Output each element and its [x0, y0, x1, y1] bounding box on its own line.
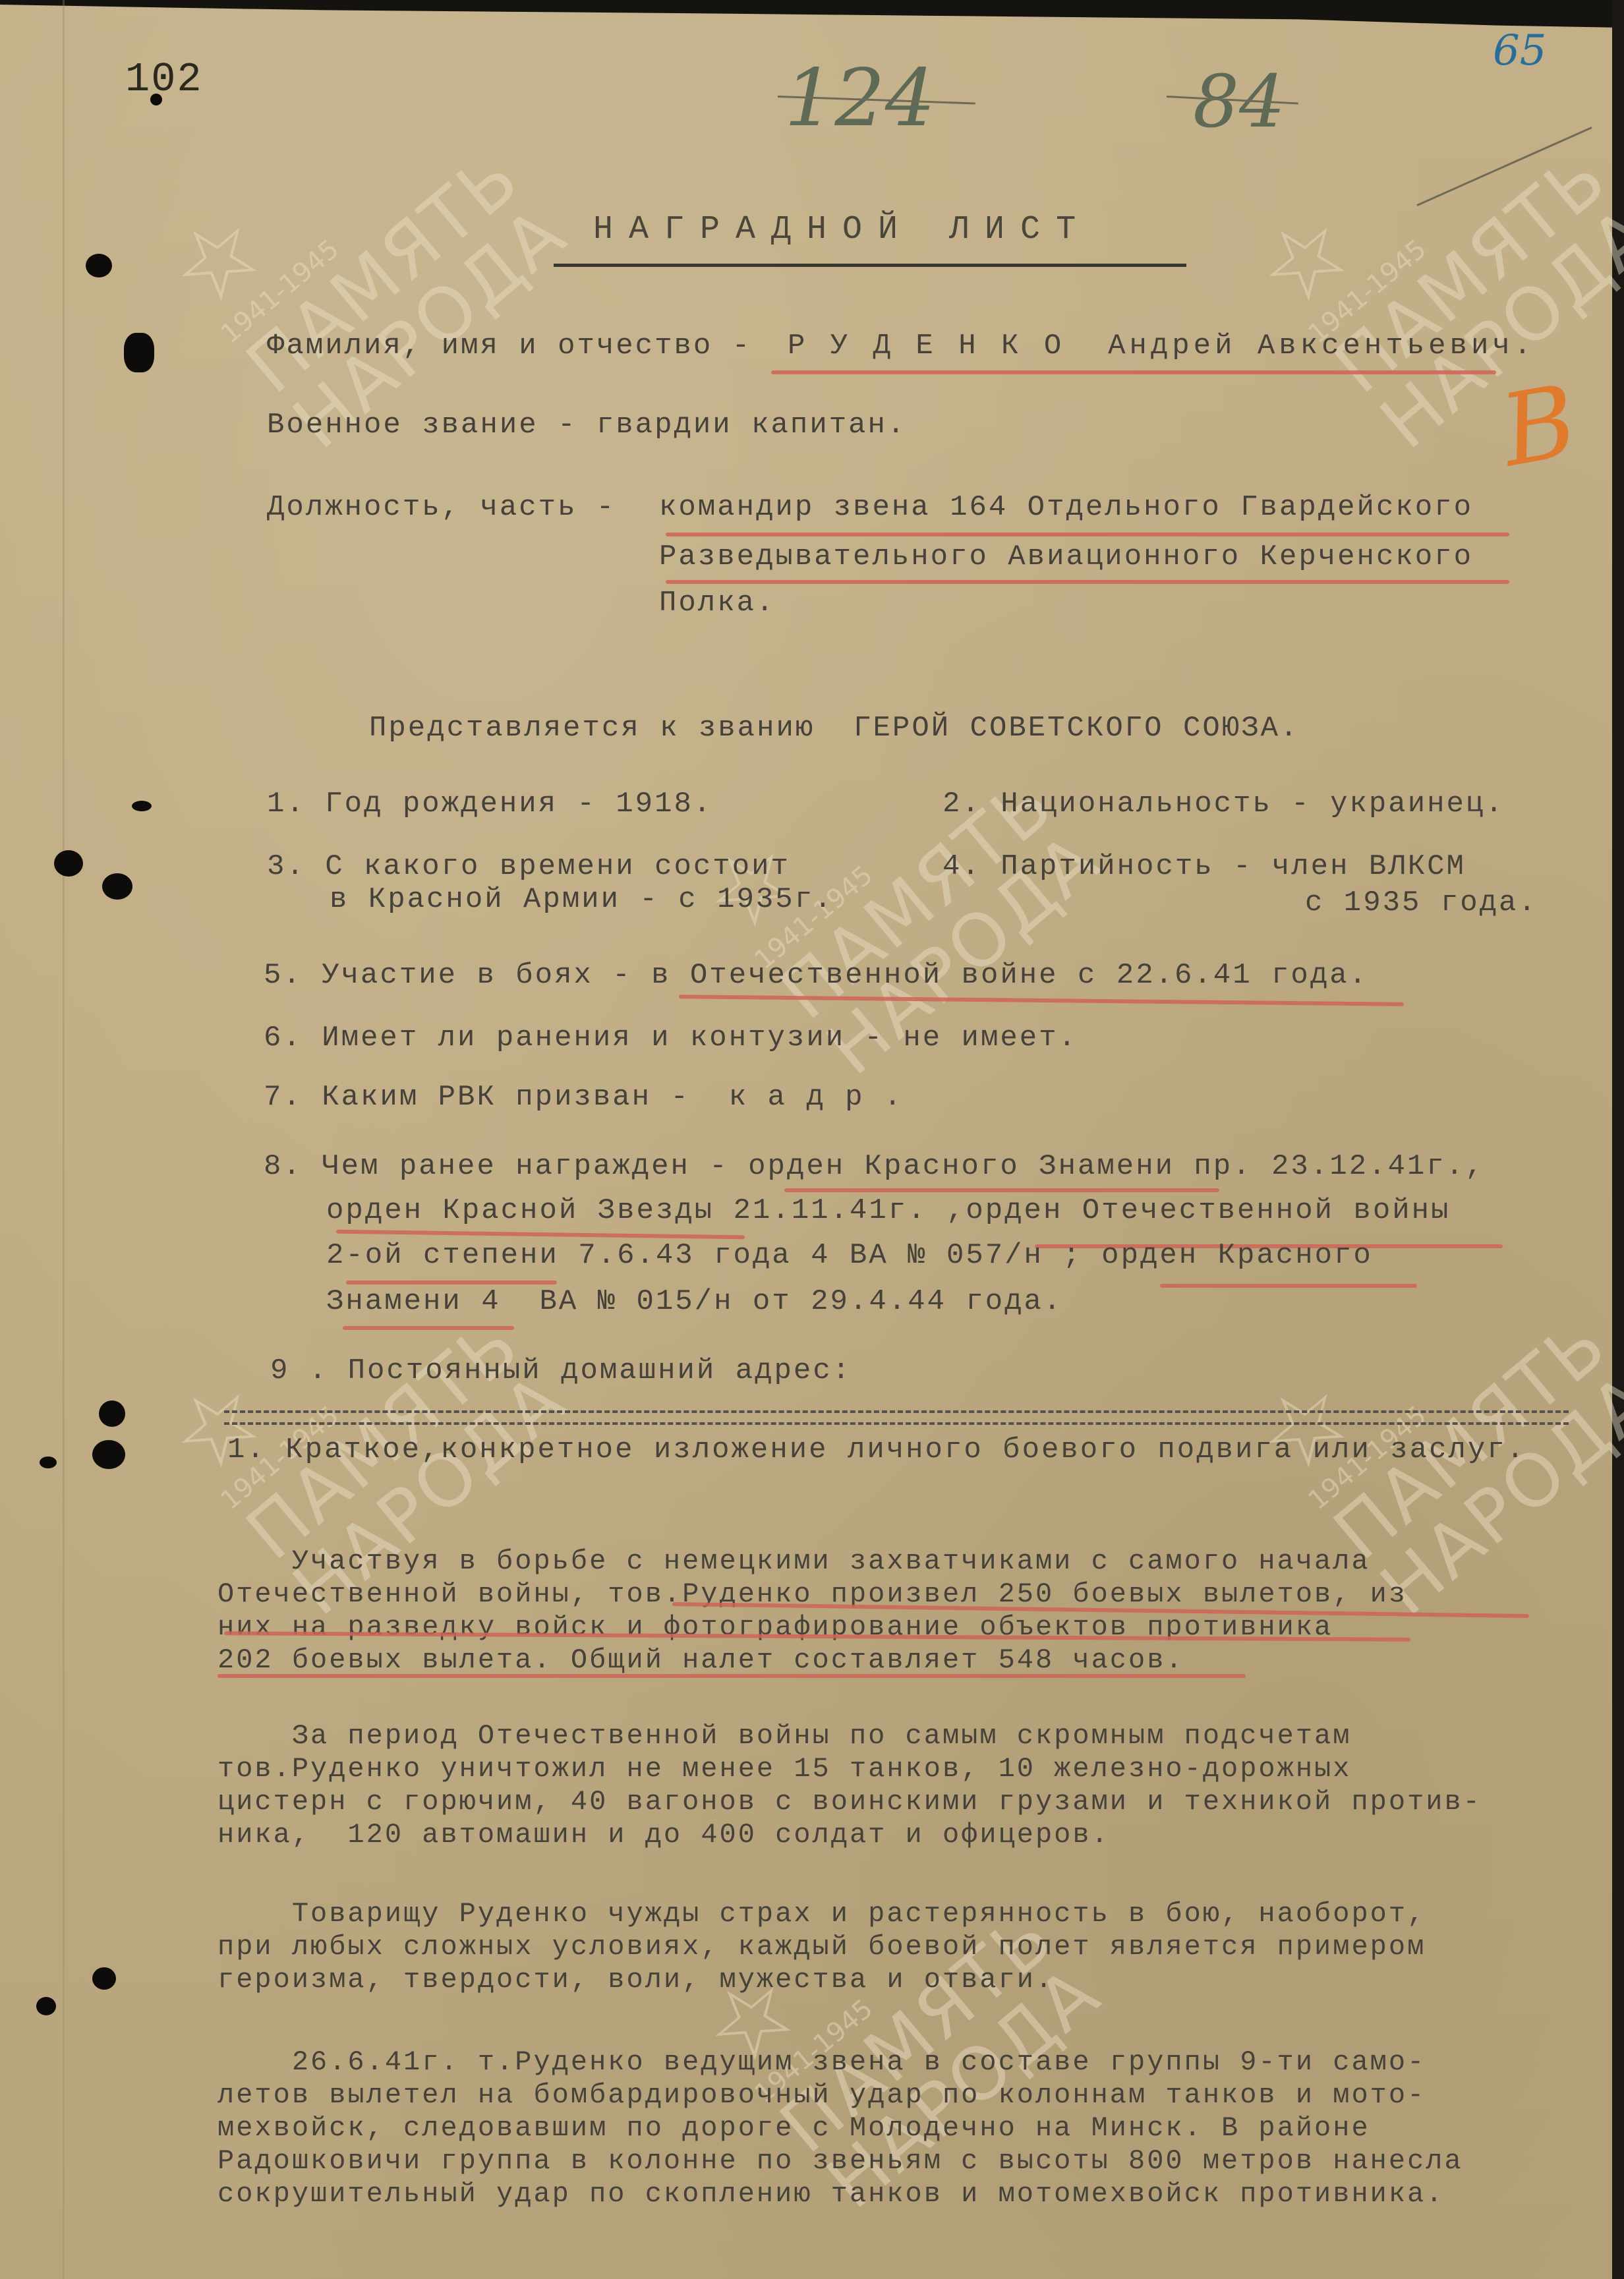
fold-line — [63, 0, 65, 2279]
star-icon: ☆ — [1239, 40, 1553, 326]
red-underline — [666, 533, 1509, 536]
red-underline — [346, 1281, 557, 1284]
item-home-address: 9 . Постоянный домашний адрес: — [270, 1354, 852, 1387]
punch-hole — [86, 254, 112, 277]
watermark: ☆ 1941-1945 ПАМЯТЬ НАРОДА — [152, 40, 578, 461]
punch-hole — [102, 873, 132, 900]
red-underline — [343, 1326, 514, 1330]
item-awards-line: орден Красной Звезды 21.11.41г. ,орден О… — [326, 1194, 1450, 1227]
name-label: Фамилия, имя и отчество - — [267, 330, 751, 362]
award-sheet-page: ☆ 1941-1945 ПАМЯТЬ НАРОДА ☆ 1941-1945 ПА… — [0, 0, 1624, 2279]
item-draft-office: 7. Каким РВК призван - к а д р . — [264, 1081, 903, 1114]
red-underline — [217, 1674, 1246, 1678]
punch-hole — [54, 850, 83, 877]
red-underline — [784, 1188, 1219, 1192]
nomination-line: Представляется к званию ГЕРОЙ СОВЕТСКОГО… — [369, 712, 1299, 745]
position-line: Полка. — [659, 587, 775, 620]
narrative-line: Участвуя в борьбе с немецкими захватчика… — [217, 1545, 1370, 1577]
pencil-stroke — [1416, 127, 1592, 206]
torn-top-edge — [0, 0, 1624, 46]
punch-hole — [124, 333, 154, 372]
punch-hole — [92, 1440, 125, 1469]
position-line: Разведывательного Авиационного Керченско… — [659, 540, 1473, 573]
red-underline — [666, 580, 1509, 584]
item-battles: 5. Участие в боях - в Отечественной войн… — [264, 959, 1368, 992]
item-awards-line: 8. Чем ранее награжден - орден Красного … — [264, 1150, 1484, 1183]
narrative-line: сокрушительный удар по скоплению танков … — [217, 2178, 1444, 2210]
punch-hole — [132, 801, 152, 811]
punch-hole — [92, 1967, 116, 1990]
item-service-start: 3. С какого времени состоит — [267, 850, 790, 883]
narrative-line: героизма, твердости, воли, мужества и от… — [217, 1964, 1054, 1996]
punch-hole — [40, 1457, 57, 1468]
narrative-line: Товарищу Руденко чужды страх и растерянн… — [217, 1898, 1426, 1930]
item-party: 4. Партийность - член ВЛКСМ — [942, 850, 1466, 883]
narrative-line: тов.Руденко уничтожил не менее 15 танков… — [217, 1753, 1351, 1785]
narrative-line: 26.6.41г. т.Руденко ведущим звена в сост… — [217, 2046, 1426, 2078]
item-awards-line: 2-ой степени 7.6.43 года 4 ВА № 057/н ; … — [326, 1239, 1373, 1272]
title-underline — [554, 264, 1186, 267]
name-value: Р У Д Е Н К О Андрей Авксентьевич. — [788, 330, 1535, 362]
page-number: 65 — [1493, 26, 1546, 75]
item-party-cont: с 1935 года. — [1305, 886, 1538, 919]
narrative-line: 202 боевых вылета. Общий налет составляе… — [217, 1644, 1184, 1676]
archive-stamp-number: 102 — [125, 56, 203, 103]
page-title: НАГРАДНОЙ ЛИСТ — [593, 211, 1091, 248]
narrative-line: мехвойск, следовавшим по дороге с Молоде… — [217, 2112, 1370, 2144]
narrative-line: цистерн с горючим, 40 вагонов с воинским… — [217, 1786, 1482, 1818]
narrative-line: ника, 120 автомашин и до 400 солдат и оф… — [217, 1819, 1110, 1851]
narrative-line: За период Отечественной войны по самым с… — [217, 1720, 1351, 1752]
right-border — [1612, 0, 1624, 2279]
margin-mark: В — [1493, 364, 1585, 489]
narrative-line: летов вылетел на бомбардировочный удар п… — [217, 2079, 1426, 2111]
item-birth-year: 1. Год рождения - 1918. — [267, 788, 712, 821]
position-label: Должность, часть - — [267, 491, 616, 524]
item-feat-summary-heading: 1. Краткое,конкретное изложение личного … — [227, 1433, 1526, 1466]
item-service-start-cont: в Красной Армии - с 1935г. — [330, 883, 834, 916]
red-underline — [336, 1230, 745, 1240]
item-wounds: 6. Имеет ли ранения и контузии - не имее… — [264, 1022, 1078, 1054]
red-underline — [679, 995, 1404, 1006]
narrative-line: Радошковичи группа в колонне по звеньям … — [217, 2145, 1463, 2177]
item-nationality: 2. Национальность - украинец. — [942, 788, 1505, 821]
item-awards-line: Знамени 4 ВА № 015/н от 29.4.44 года. — [326, 1285, 1062, 1318]
red-underline — [771, 370, 1496, 374]
punch-hole — [36, 1997, 56, 2015]
position-line: командир звена 164 Отдельного Гвардейско… — [659, 491, 1473, 524]
rank-line: Военное звание - гвардии капитан. — [267, 409, 906, 442]
red-underline — [1160, 1284, 1417, 1288]
punch-hole — [99, 1400, 125, 1427]
narrative-line: при любых сложных условиях, каждый боево… — [217, 1931, 1426, 1963]
section-divider — [224, 1410, 1569, 1425]
